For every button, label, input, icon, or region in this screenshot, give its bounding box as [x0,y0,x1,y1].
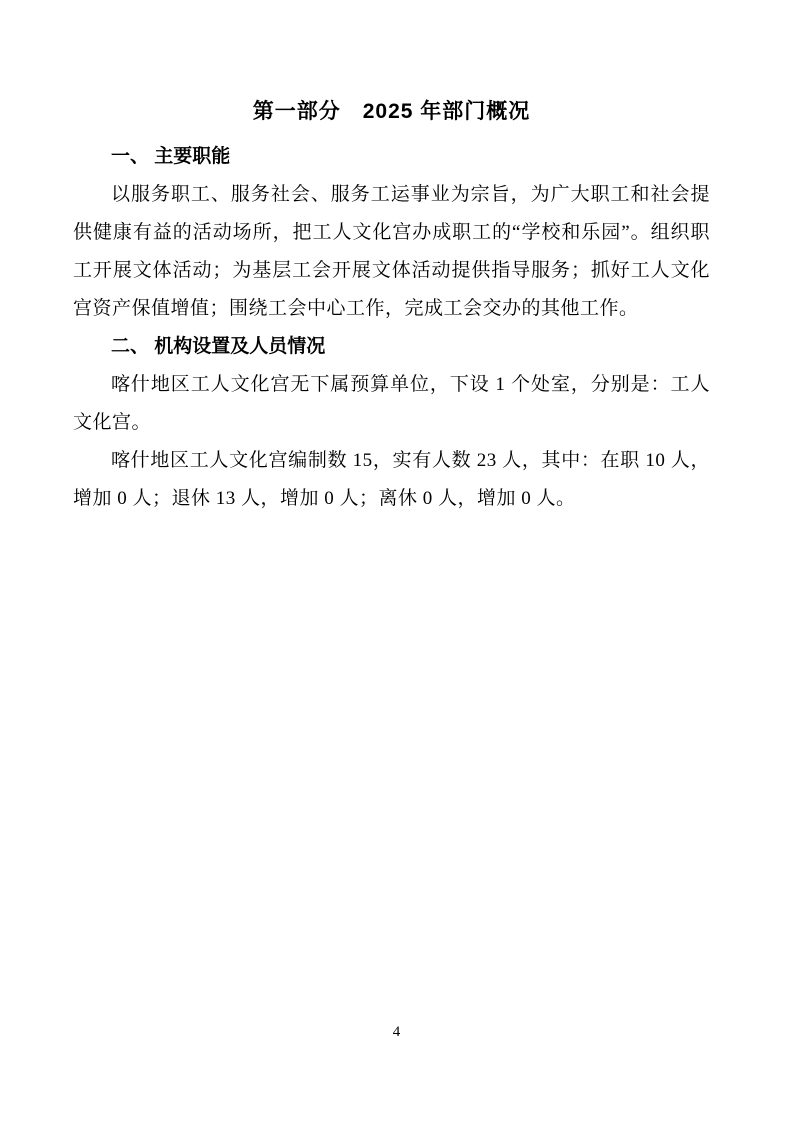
document-page: 第一部分 2025 年部门概况 一、 主要职能 以服务职工、服务社会、服务工运事… [0,0,793,1122]
page-number: 4 [0,1022,793,1042]
section-heading-main-functions: 一、 主要职能 [73,138,710,176]
section-heading-organization-staff: 二、 机构设置及人员情况 [73,328,710,366]
document-content: 第一部分 2025 年部门概况 一、 主要职能 以服务职工、服务社会、服务工运事… [73,93,710,518]
paragraph: 以服务职工、服务社会、服务工运事业为宗旨，为广大职工和社会提供健康有益的活动场所… [73,176,710,328]
document-title: 第一部分 2025 年部门概况 [73,93,710,131]
paragraph: 喀什地区工人文化宫无下属预算单位，下设 1 个处室，分别是：工人文化宫。 [73,366,710,442]
paragraph: 喀什地区工人文化宫编制数 15，实有人数 23 人，其中：在职 10 人，增加 … [73,442,710,518]
